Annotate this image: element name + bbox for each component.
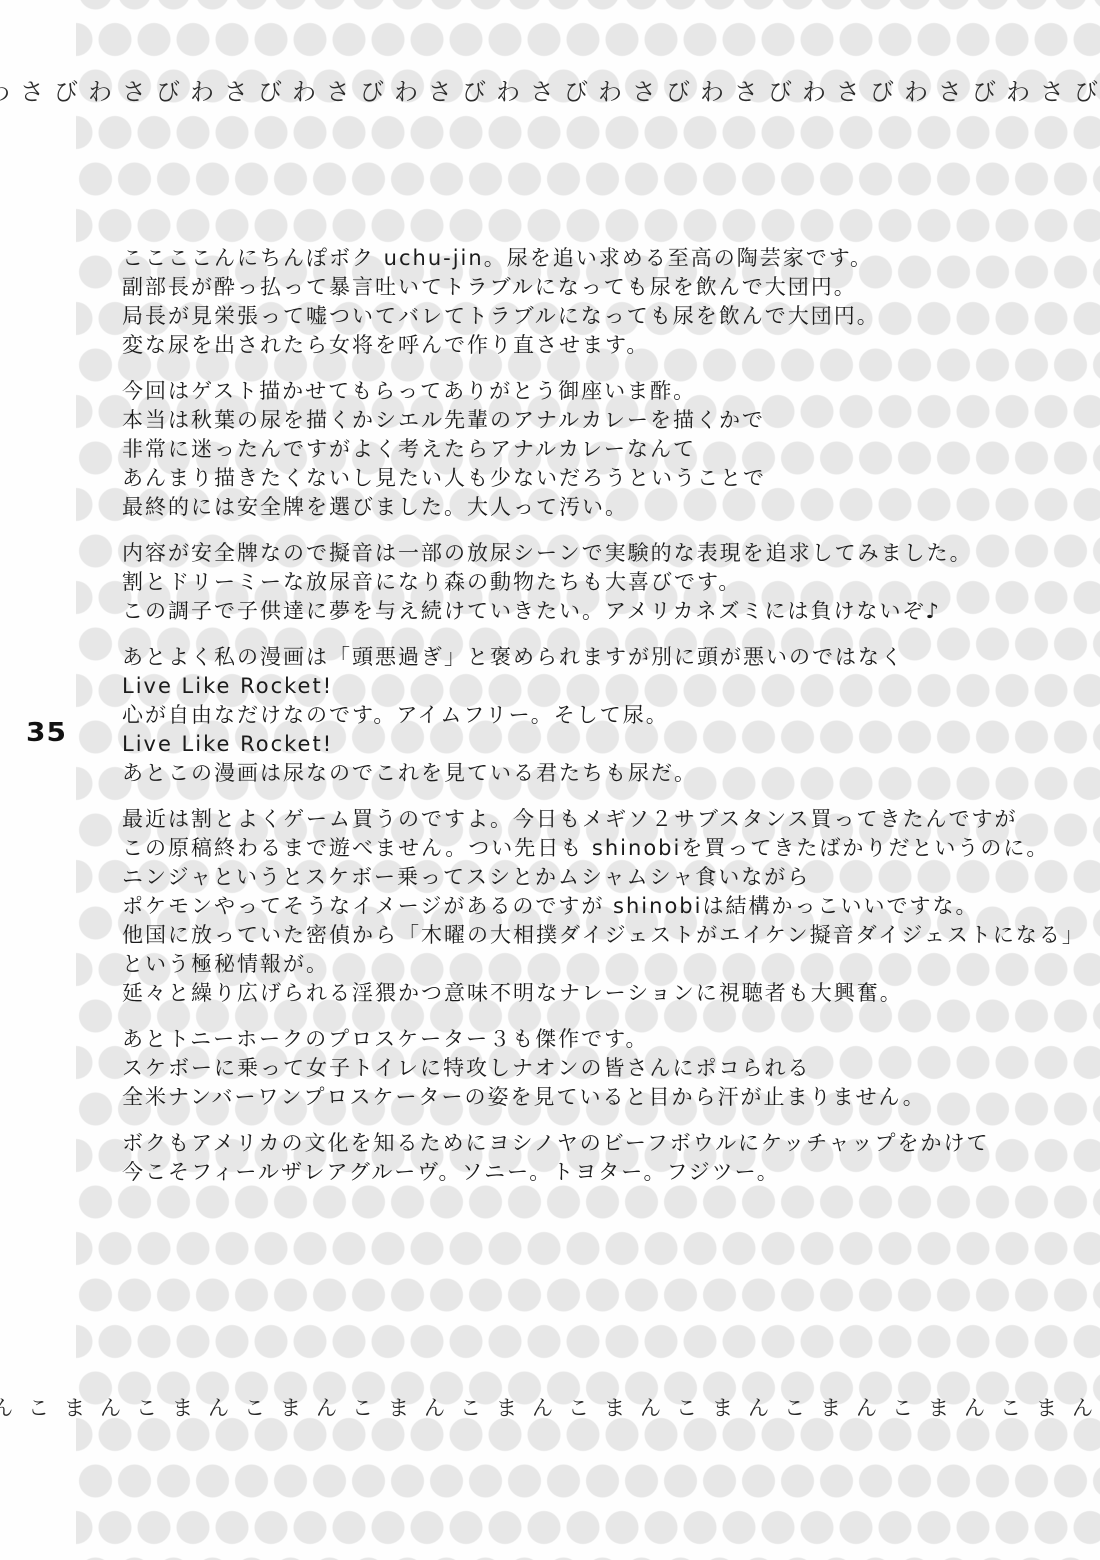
afterword-text-block: ここここんにちんぽボク uchu-jin。尿を追い求める至高の陶芸家です。 副部… — [122, 244, 1100, 1204]
paragraph-greeting: ここここんにちんぽボク uchu-jin。尿を追い求める至高の陶芸家です。 副部… — [122, 244, 1100, 360]
top-border-text: わさびわさびわさびわさびわさびわさびわさびわさびわさびわさびわさびわさびわさびわ… — [0, 72, 1100, 107]
paragraph-games: 最近は割とよくゲーム買うのですよ。今日もメギソ２サブスタンス買ってきたんですが … — [122, 805, 1100, 1008]
paragraph-sound-effects: 内容が安全牌なので擬音は一部の放尿シーンで実験的な表現を追求してみました。 割と… — [122, 539, 1100, 626]
page-number: 35 — [26, 717, 67, 747]
paragraph-america: ボクもアメリカの文化を知るためにヨシノヤのビーフボウルにケッチャップをかけて 今… — [122, 1129, 1100, 1187]
bottom-border-text: んこまんこまんこまんこまんこまんこまんこまんこまんこまんこまんこまんこまんこまん — [0, 1392, 1100, 1422]
scanned-afterword-page: わさびわさびわさびわさびわさびわさびわさびわさびわさびわさびわさびわさびわさびわ… — [0, 0, 1100, 1560]
paragraph-tony-hawk: あとトニーホークのプロスケーター３も傑作です。 スケボーに乗って女子トイレに特攻… — [122, 1025, 1100, 1112]
paragraph-live-like-rocket: あとよく私の漫画は「頭悪過ぎ」と褒められますが別に頭が悪いのではなく Live … — [122, 643, 1100, 788]
paragraph-guest-thanks: 今回はゲスト描かせてもらってありがとう御座いま酢。 本当は秋葉の尿を描くかシエル… — [122, 377, 1100, 522]
